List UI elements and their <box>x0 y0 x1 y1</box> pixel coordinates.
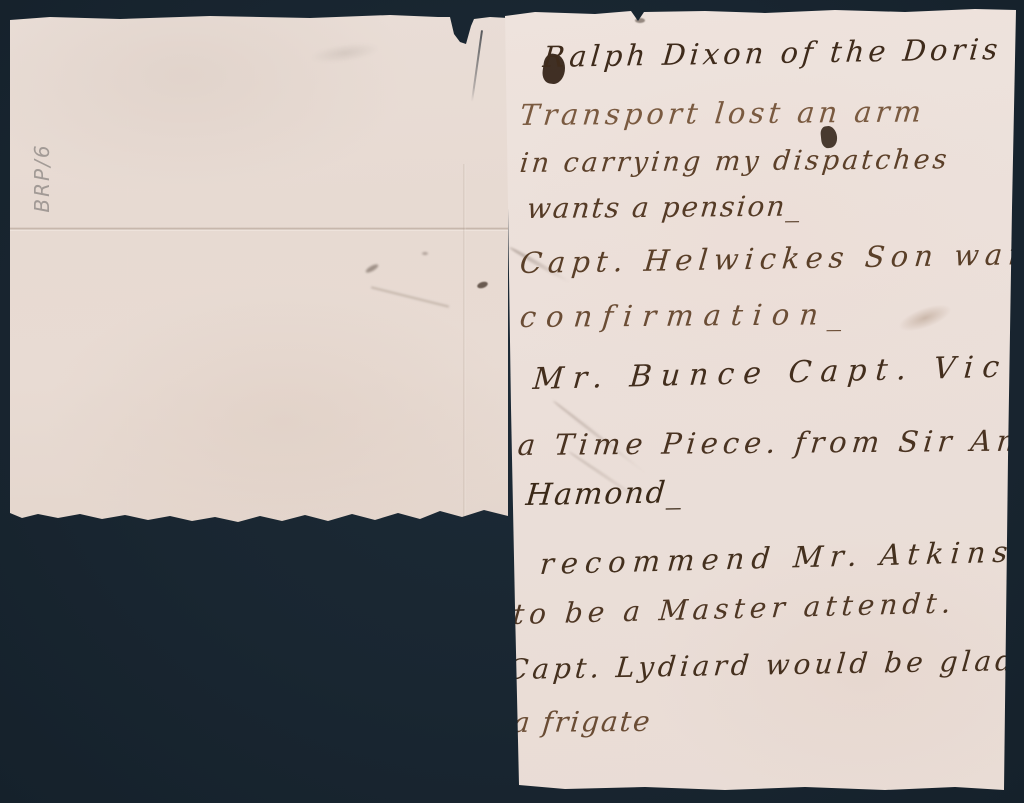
manuscript-line-12: Capt. Lydiard would be glad of <box>506 643 1024 686</box>
folded-letter-blank-page: BRP/6 <box>10 14 508 524</box>
paper-stain <box>635 18 645 23</box>
vertical-crease <box>463 164 466 524</box>
manuscript-line-5: Capt. Helwickes Son wants <box>519 236 1024 280</box>
tear-crack <box>471 30 483 102</box>
ink-speck <box>422 252 428 255</box>
faint-smudge <box>309 39 381 67</box>
manuscript-line-9: Hamond_ <box>524 475 685 513</box>
manuscript-line-8: a Time Piece. from Sir Am. <box>516 423 1024 462</box>
manuscript-line-2: Transport lost an arm <box>518 94 926 132</box>
paper-stain <box>895 299 954 337</box>
manuscript-line-7: Mr. Bunce Capt. Victr <box>532 348 1024 397</box>
fold-crease <box>10 227 508 231</box>
manuscript-line-4: wants a pension_ <box>525 190 804 225</box>
manuscript-line-3: in carrying my dispatches <box>519 144 952 179</box>
manuscript-line-1: Ralph Dixon of the Doris <box>542 32 1004 74</box>
manuscript-note-page: Ralph Dixon of the Doris Transport lost … <box>505 8 1017 793</box>
manuscript-line-10: recommend Mr. Atkinson <box>539 533 1024 581</box>
ink-speck <box>476 280 488 289</box>
ink-streak <box>371 286 449 307</box>
archive-reference-pencil-note: BRP/6 <box>30 120 54 236</box>
manuscript-line-11: to be a Master attendt. <box>512 586 957 631</box>
ink-speck <box>365 263 380 274</box>
photo-backdrop: BRP/6 Ralph Dixon of the Doris Transport… <box>0 0 1024 803</box>
manuscript-line-13: a frigate <box>511 705 653 739</box>
manuscript-line-6: confirmation_ <box>518 297 854 334</box>
